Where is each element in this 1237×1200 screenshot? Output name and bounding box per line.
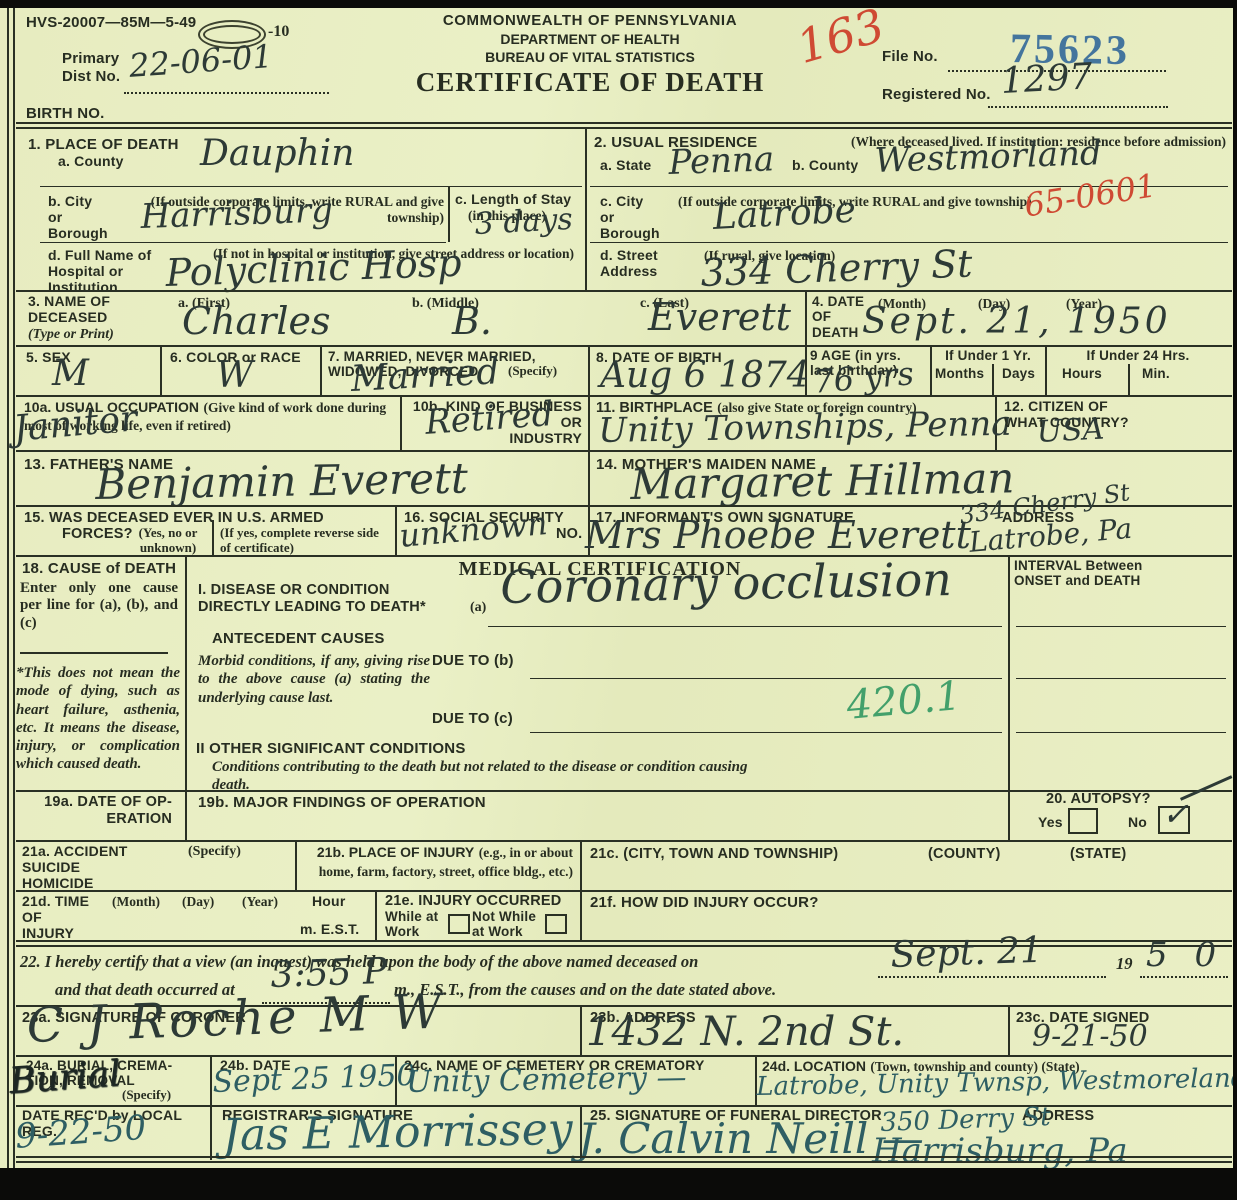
divider (395, 505, 397, 555)
field9-min-label: Min. (1142, 366, 1170, 381)
field14-value: Margaret Hillman (630, 457, 1015, 506)
field18-title: 18. CAUSE of DEATH (22, 560, 176, 577)
burial-value: Burial (8, 1056, 122, 1100)
divider (1008, 790, 1010, 840)
row-rule (16, 555, 1232, 557)
field21b-title: 21b. PLACE OF INJURY (317, 844, 474, 860)
disease-a-tag: (a) (470, 600, 486, 616)
certify-line2-post: m., E.S.T., from the causes and on the d… (394, 980, 776, 1000)
row-rule (16, 890, 1232, 892)
field1c-value: 3 days (474, 205, 573, 240)
divider (295, 840, 297, 890)
field1a-label: a. County (58, 154, 124, 170)
department-line: DEPARTMENT OF HEALTH (400, 31, 780, 47)
registered-no-value: 1297 (1000, 59, 1093, 100)
field7-value: Married (350, 354, 500, 398)
residence-code-stamp: 65-0601 (1022, 169, 1158, 221)
field13-value: Benjamin Everett (95, 458, 468, 506)
coroner-signature: C J Roche M W (26, 987, 446, 1050)
field7-hint: (Specify) (508, 364, 557, 379)
field21d-hour-label: Hour (312, 894, 345, 910)
divider (588, 345, 590, 395)
field8-value: Aug 6 1874 (600, 358, 810, 394)
red-stamp: 163 (792, 2, 889, 70)
header-rule (16, 122, 1232, 129)
field21e-notwhile-label: Not While at Work (472, 909, 536, 940)
field1b-value: Harrisburg (140, 193, 334, 234)
field21c-state-label: (STATE) (1070, 846, 1126, 863)
binding-line-outer (7, 8, 9, 1168)
photo-edge-top (0, 0, 1237, 8)
field18-note2: *This does not mean the mode of dying, s… (16, 664, 180, 774)
dist-no-value: 22-06-01 (128, 40, 274, 82)
field21d-year-label: (Year) (242, 894, 278, 910)
file-no-label: File No. (882, 48, 938, 65)
field20-title: 20. AUTOPSY? (1046, 791, 1151, 808)
row-rule (16, 395, 1232, 397)
divider (1045, 345, 1047, 395)
cemetery-value: Unity Cemetery — (406, 1063, 687, 1098)
divider (160, 345, 162, 395)
field21c-county-label: (COUNTY) (928, 846, 1000, 863)
field11-value: Unity Townships, Penna (598, 407, 1012, 448)
divider (588, 450, 590, 505)
divider (185, 790, 187, 840)
field2c-value: Latrobe (712, 193, 857, 236)
field21f-title: 21f. HOW DID INJURY OCCUR? (590, 894, 819, 911)
field19a-title: 19a. DATE OF OP- ERATION (22, 794, 172, 827)
field9-hours-label: Hours (1062, 366, 1102, 381)
divider (400, 395, 402, 450)
year-dots (1140, 976, 1228, 978)
divider (588, 395, 590, 450)
field3a-value: Charles (182, 302, 331, 340)
injury-notwhile-checkbox (545, 914, 567, 934)
field2c-label: c. City or Borough (600, 194, 660, 242)
field21d-month-label: (Month) (112, 894, 160, 910)
field4-title: 4. DATE OF DEATH (812, 294, 864, 340)
field2d-value: 334 Cherry St (700, 245, 973, 292)
bottom-rule (16, 1156, 1232, 1163)
field17-value: Mrs Phoebe Everett (585, 516, 971, 554)
field2b-value: Westmorland (874, 136, 1102, 178)
field2b-label: b. County (792, 158, 858, 174)
cemetery-location-value: Latrobe, Unity Twnsp, Westmoreland, Pa (756, 1065, 1237, 1100)
field3c-value: Everett (648, 298, 791, 336)
divider (580, 890, 582, 940)
field19b-title: 19b. MAJOR FINDINGS OF OPERATION (198, 794, 486, 811)
commonwealth-line: COMMONWEALTH OF PENNSYLVANIA (400, 12, 780, 29)
primary-label: Primary (62, 50, 119, 67)
field21e-while-label: While at Work (385, 909, 438, 940)
field21d-day-label: (Day) (182, 894, 214, 910)
field5-value: M (52, 356, 89, 392)
field1b-label: b. City or Borough (48, 194, 108, 242)
divider (1128, 364, 1130, 395)
divider (585, 127, 587, 290)
field1d-value: Polyclinic Hosp (165, 244, 462, 292)
registered-no-line (988, 106, 1168, 108)
antecedent-label: ANTECEDENT CAUSES (212, 630, 385, 647)
date-signed-value: 9-21-50 (1032, 1022, 1148, 1052)
autopsy-yes-label: Yes (1038, 815, 1063, 831)
certify-year-prefix: 19 (1116, 954, 1133, 974)
field21a-hint: (Specify) (188, 844, 241, 860)
field21d-est-label: m. E.S.T. (300, 922, 359, 938)
write-line (40, 186, 582, 187)
field2d-label: d. Street Address (600, 248, 658, 280)
photo-edge-right (1233, 0, 1237, 1200)
due-to-c-label: DUE TO (c) (432, 710, 513, 727)
other-conditions-title: II OTHER SIGNIFICANT CONDITIONS (196, 740, 466, 757)
divider (992, 364, 994, 395)
field10a-value: Janitor (12, 401, 139, 448)
field9-under1yr-label: If Under 1 Yr. (932, 348, 1044, 363)
dist-no-line (124, 92, 329, 94)
field21c-title: 21c. (CITY, TOWN AND TOWNSHIP) (590, 846, 838, 863)
row-rule (16, 840, 1232, 842)
photo-edge-bottom (0, 1168, 1237, 1200)
field3b-value: B. (452, 302, 492, 340)
binding-line-inner (13, 8, 15, 1168)
field21b-block: 21b. PLACE OF INJURY (e.g., in or about … (303, 844, 573, 882)
autopsy-no-label: No (1128, 815, 1147, 831)
field9-under24-label: If Under 24 Hrs. (1048, 348, 1228, 363)
coroner-address: 1432 N. 2nd St. (586, 1012, 904, 1052)
field18-note1: Enter only one cause per line for (a), (… (20, 580, 178, 632)
icd-code-value: 420.1 (845, 676, 963, 726)
field12-value: USA (1036, 414, 1105, 447)
write-line (530, 732, 1002, 733)
field2a-value: Penna (668, 142, 775, 180)
field24a-hint: (Specify) (122, 1088, 171, 1103)
certificate-title: CERTIFICATE OF DEATH (400, 67, 780, 98)
field15-title2: FORCES? (62, 526, 133, 543)
field1-title: 1. PLACE OF DEATH (28, 136, 179, 153)
certify-date-value: Sept. 21 (890, 933, 1043, 974)
field9-value: 76 yrs (812, 357, 915, 398)
birth-no-label: BIRTH NO. (26, 105, 104, 122)
date-recd-value: 9-22-50 (14, 1111, 147, 1154)
divider (580, 1005, 582, 1055)
field6-value: W (216, 358, 253, 394)
autopsy-no-checkmark: ✓ (1162, 798, 1189, 830)
row-rule (16, 290, 1232, 292)
certify-year-value: 5 0 (1146, 938, 1224, 972)
autopsy-yes-checkbox (1068, 808, 1098, 834)
form-number: HVS-20007—85M—5-49 (26, 14, 196, 31)
registered-no-label: Registered No. (882, 86, 991, 103)
divider (1008, 555, 1010, 790)
death-certificate-photo: HVS-20007—85M—5-49 -10 Primary Dist No. … (0, 0, 1237, 1200)
divider (375, 890, 377, 940)
due-to-b-label: DUE TO (b) (432, 652, 514, 669)
field1a-value: Dauphin (200, 136, 354, 172)
sidebar-rule (20, 652, 168, 654)
field15-hint2: (If yes, complete reverse side of certif… (220, 526, 392, 556)
injury-while-checkbox (448, 914, 470, 934)
field3-title: 3. NAME OF DECEASED (28, 294, 110, 326)
field16-no-label: NO. (556, 526, 582, 543)
divider (320, 345, 322, 395)
field10b-value: Retired (424, 397, 554, 440)
date-dots (878, 976, 1106, 978)
field9-months-label: Months (935, 366, 984, 381)
bureau-line: BUREAU OF VITAL STATISTICS (400, 49, 780, 65)
morbid-text: Morbid conditions, if any, giving rise t… (198, 652, 430, 707)
field15-hint1: (Yes, no or unknown) (128, 526, 208, 556)
row-rule (16, 345, 1232, 347)
divider (805, 290, 807, 345)
field2a-label: a. State (600, 158, 651, 174)
dist-no-label: Dist No. (62, 68, 120, 85)
field21e-title: 21e. INJURY OCCURRED (385, 893, 561, 910)
field21a-title: 21a. ACCIDENT SUICIDE HOMICIDE (22, 844, 128, 892)
divider (580, 840, 582, 890)
field4-value: Sept. 21, 1950 (862, 304, 1171, 340)
disease-label: I. DISEASE OR CONDITION DIRECTLY LEADING… (198, 582, 426, 615)
interval-line (1016, 626, 1226, 627)
interval-label: INTERVAL Between ONSET and DEATH (1014, 558, 1142, 589)
divider (185, 555, 187, 790)
certificate-paper: HVS-20007—85M—5-49 -10 Primary Dist No. … (0, 8, 1233, 1168)
cause-of-death-value: Coronary occlusion (500, 556, 952, 610)
field3-sub: (Type or Print) (28, 326, 114, 343)
row-rule (16, 450, 1232, 452)
divider (1008, 1005, 1010, 1055)
pen-stroke (1180, 775, 1232, 801)
header-center: COMMONWEALTH OF PENNSYLVANIA DEPARTMENT … (400, 12, 780, 98)
divider (448, 186, 450, 242)
registrar-signature: Jas E Morrissey (222, 1108, 573, 1158)
row-rule (16, 940, 1232, 947)
field21d-title: 21d. TIME OF INJURY (22, 894, 89, 942)
interval-line (1016, 678, 1226, 679)
field9-days-label: Days (1002, 366, 1035, 381)
field1d-label: d. Full Name of Hospital or Institution (48, 248, 151, 296)
write-line (488, 626, 1002, 627)
interval-line (1016, 732, 1226, 733)
burial-date-value: Sept 25 1950 (212, 1061, 416, 1098)
